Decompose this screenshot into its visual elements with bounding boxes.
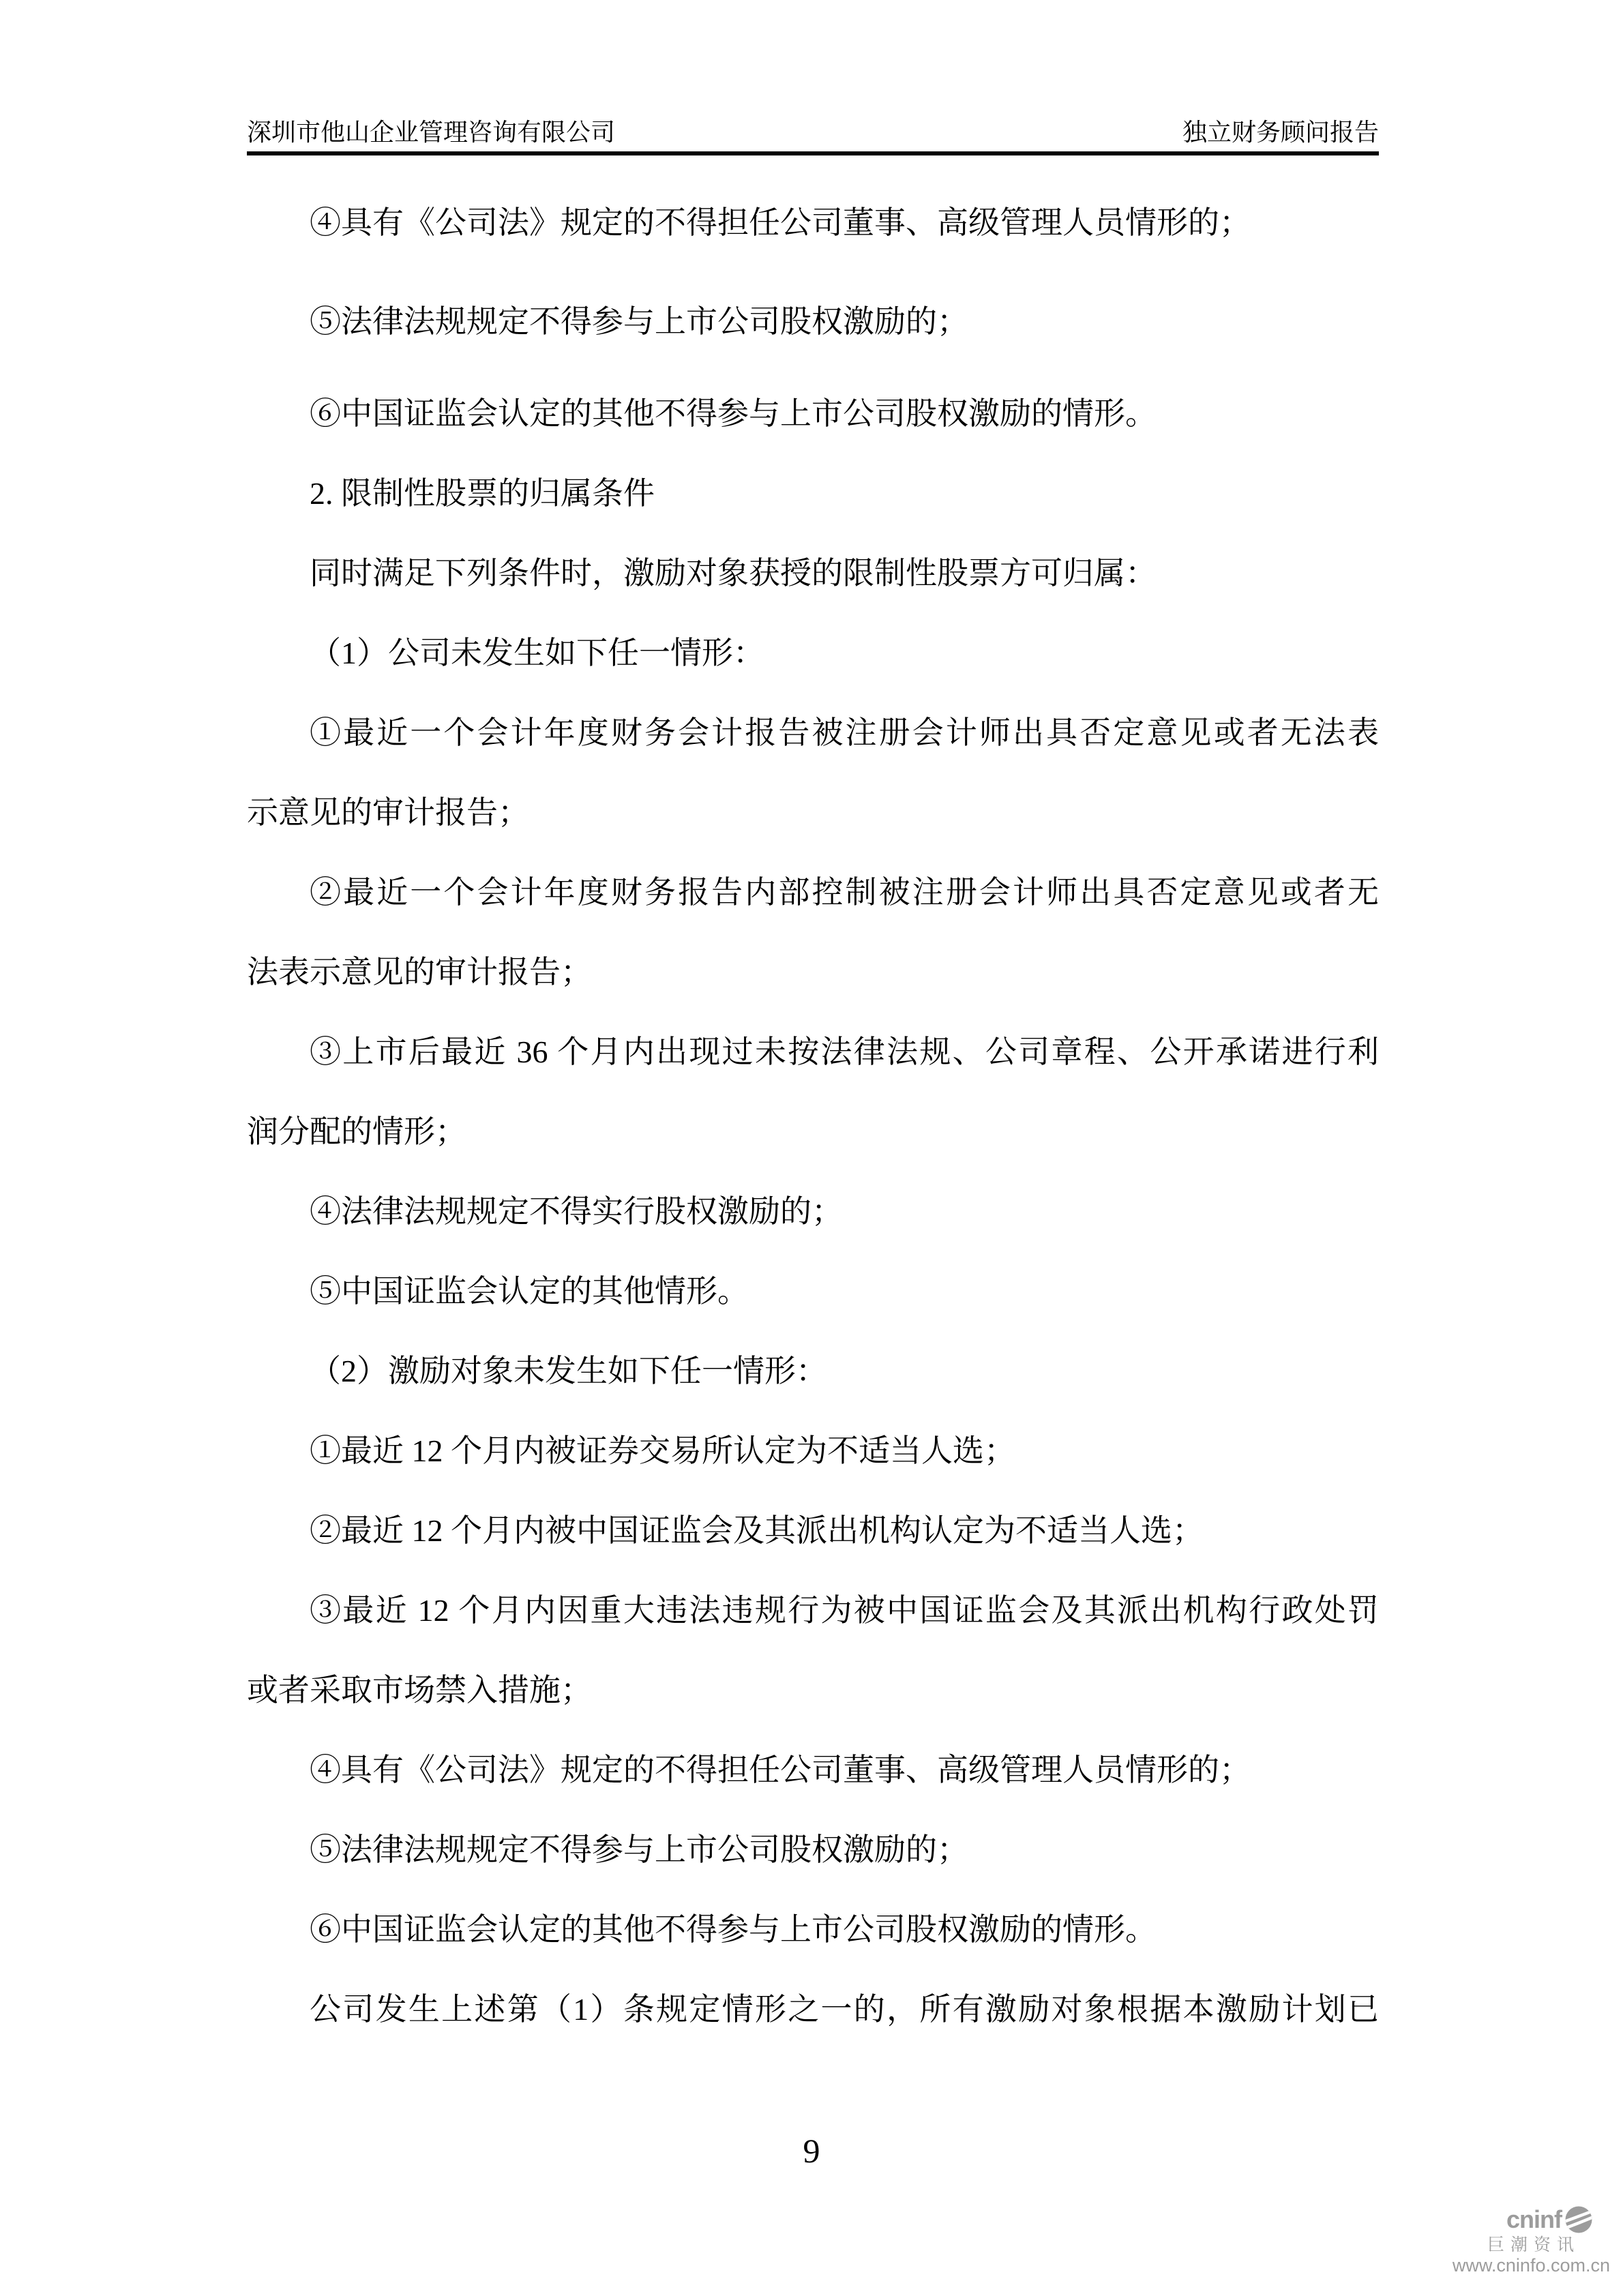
text-line: ⑥中国证监会认定的其他不得参与上市公司股权激励的情形。 [247,374,1379,453]
paragraph: ⑥中国证监会认定的其他不得参与上市公司股权激励的情形。 [247,1890,1379,1969]
text-line: ①最近 12 个月内被证券交易所认定为不适当人选； [247,1411,1379,1491]
text-line: ④具有《公司法》规定的不得担任公司董事、高级管理人员情形的； [247,1730,1379,1810]
document-page: 深圳市他山企业管理咨询有限公司 独立财务顾问报告 ④具有《公司法》规定的不得担任… [0,0,1623,2296]
text-line: （1）公司未发生如下任一情形： [247,613,1379,693]
paragraph: ②最近 12 个月内被中国证监会及其派出机构认定为不适当人选； [247,1491,1379,1570]
text-line: 2. 限制性股票的归属条件 [247,453,1379,533]
paragraph: ⑤法律法规规定不得参与上市公司股权激励的； [247,282,1379,361]
text-line: ⑤中国证监会认定的其他情形。 [247,1251,1379,1331]
paragraph: （2）激励对象未发生如下任一情形： [247,1331,1379,1411]
paragraph: ⑤法律法规规定不得参与上市公司股权激励的； [247,1810,1379,1890]
cninfo-logo-text: cninf [1506,2205,1562,2234]
text-line: ⑤法律法规规定不得参与上市公司股权激励的； [247,1810,1379,1890]
cninfo-watermark: cninf 巨潮资讯 www.cninfo.com.cn [1453,2205,1611,2275]
text-line: 示意见的审计报告； [247,773,1379,852]
text-line: 或者采取市场禁入措施； [247,1650,1379,1730]
page-header: 深圳市他山企业管理咨询有限公司 独立财务顾问报告 [247,0,1379,146]
cninfo-cjk-name: 巨潮资讯 [1453,2236,1611,2254]
text-line: （2）激励对象未发生如下任一情形： [247,1331,1379,1411]
header-report-title: 独立财务顾问报告 [1182,119,1379,146]
paragraph: ④具有《公司法》规定的不得担任公司董事、高级管理人员情形的； [247,1730,1379,1810]
text-line: ④法律法规规定不得实行股权激励的； [247,1172,1379,1251]
paragraph: ②最近一个会计年度财务报告内部控制被注册会计师出具否定意见或者无法表示意见的审计… [247,852,1379,1012]
header-rule [247,151,1379,155]
paragraph: 同时满足下列条件时，激励对象获授的限制性股票方可归属： [247,533,1379,613]
paragraph: ①最近 12 个月内被证券交易所认定为不适当人选； [247,1411,1379,1491]
paragraph: ④法律法规规定不得实行股权激励的； [247,1172,1379,1251]
text-line: 法表示意见的审计报告； [247,932,1379,1012]
cninfo-url: www.cninfo.com.cn [1453,2256,1611,2275]
paragraph: ④具有《公司法》规定的不得担任公司董事、高级管理人员情形的； [247,183,1379,263]
page-number: 9 [0,2133,1623,2168]
paragraph: ⑥中国证监会认定的其他不得参与上市公司股权激励的情形。 [247,374,1379,453]
text-line: ②最近 12 个月内被中国证监会及其派出机构认定为不适当人选； [247,1491,1379,1570]
text-line: ③上市后最近 36 个月内出现过未按法律法规、公司章程、公开承诺进行利 [247,1012,1379,1092]
text-line: 润分配的情形； [247,1092,1379,1172]
paragraph: （1）公司未发生如下任一情形： [247,613,1379,693]
text-line: ②最近一个会计年度财务报告内部控制被注册会计师出具否定意见或者无 [247,852,1379,932]
paragraph: ③最近 12 个月内因重大违法违规行为被中国证监会及其派出机构行政处罚或者采取市… [247,1570,1379,1730]
cninfo-globe-icon [1565,2206,1592,2233]
paragraph: ⑤中国证监会认定的其他情形。 [247,1251,1379,1331]
text-line: ⑤法律法规规定不得参与上市公司股权激励的； [247,282,1379,361]
header-company-name: 深圳市他山企业管理咨询有限公司 [247,119,615,146]
paragraph: ①最近一个会计年度财务会计报告被注册会计师出具否定意见或者无法表示意见的审计报告… [247,693,1379,852]
document-body: ④具有《公司法》规定的不得担任公司董事、高级管理人员情形的；⑤法律法规规定不得参… [247,183,1379,2049]
text-line: ④具有《公司法》规定的不得担任公司董事、高级管理人员情形的； [247,183,1379,263]
text-line: ①最近一个会计年度财务会计报告被注册会计师出具否定意见或者无法表 [247,693,1379,773]
cninfo-logo-row: cninf [1453,2205,1611,2234]
paragraph: 2. 限制性股票的归属条件 [247,453,1379,533]
text-line: 公司发生上述第（1）条规定情形之一的，所有激励对象根据本激励计划已 [247,1969,1379,2049]
paragraph: ③上市后最近 36 个月内出现过未按法律法规、公司章程、公开承诺进行利润分配的情… [247,1012,1379,1172]
paragraph: 公司发生上述第（1）条规定情形之一的，所有激励对象根据本激励计划已 [247,1969,1379,2049]
text-line: ⑥中国证监会认定的其他不得参与上市公司股权激励的情形。 [247,1890,1379,1969]
text-line: 同时满足下列条件时，激励对象获授的限制性股票方可归属： [247,533,1379,613]
text-line: ③最近 12 个月内因重大违法违规行为被中国证监会及其派出机构行政处罚 [247,1570,1379,1650]
